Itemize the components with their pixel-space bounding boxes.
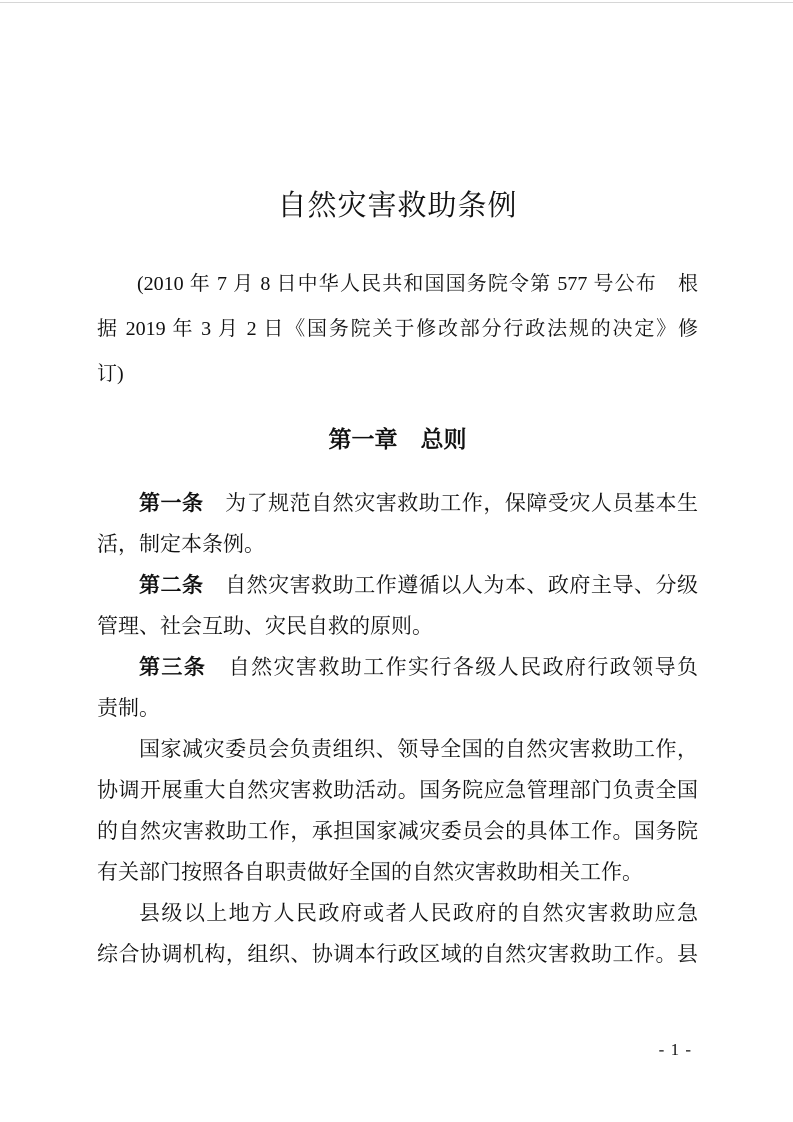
text-line: 有关部门按照各自职责做好全国的自然灾害救助相关工作。 (97, 852, 698, 893)
paragraph: 第二条 自然灾害救助工作遵循以人为本、政府主导、分级管理、社会互助、灾民自救的原… (97, 565, 698, 647)
paragraph: 第三条 自然灾害救助工作实行各级人民政府行政领导负责制。 (97, 647, 698, 729)
text-line: 责制。 (97, 688, 698, 729)
paragraph: 县级以上地方人民政府或者人民政府的自然灾害救助应急综合协调机构，组织、协调本行政… (97, 893, 698, 975)
article-number: 第三条 (139, 656, 206, 679)
text-line: 县级以上地方人民政府或者人民政府的自然灾害救助应急 (97, 893, 698, 934)
paragraph: 国家减灾委员会负责组织、领导全国的自然灾害救助工作，协调开展重大自然灾害救助活动… (97, 729, 698, 893)
paragraph: 第一条 为了规范自然灾害救助工作，保障受灾人员基本生活，制定本条例。 (97, 483, 698, 565)
text-line: 第一条 为了规范自然灾害救助工作，保障受灾人员基本生 (97, 483, 698, 524)
pub-note-line: (2010 年 7 月 8 日中华人民共和国国务院令第 577 号公布 根 (97, 262, 698, 307)
document-body: 第一条 为了规范自然灾害救助工作，保障受灾人员基本生活，制定本条例。第二条 自然… (97, 483, 698, 975)
text-line: 的自然灾害救助工作，承担国家减灾委员会的具体工作。国务院 (97, 811, 698, 852)
document-page: 自然灾害救助条例 (2010 年 7 月 8 日中华人民共和国国务院令第 577… (0, 0, 793, 1122)
article-number: 第一条 (139, 492, 204, 515)
scan-artifact-line (0, 2, 793, 3)
page-number: - 1 - (659, 1040, 692, 1060)
text-line: 管理、社会互助、灾民自救的原则。 (97, 606, 698, 647)
text-line: 综合协调机构，组织、协调本行政区域的自然灾害救助工作。县 (97, 934, 698, 975)
document-title: 自然灾害救助条例 (97, 183, 698, 224)
pub-note-line: 订) (97, 352, 698, 397)
chapter-heading: 第一章 总则 (97, 421, 698, 454)
article-number: 第二条 (139, 574, 204, 597)
text-line: 第三条 自然灾害救助工作实行各级人民政府行政领导负 (97, 647, 698, 688)
text-line: 活，制定本条例。 (97, 524, 698, 565)
publication-note: (2010 年 7 月 8 日中华人民共和国国务院令第 577 号公布 根据 2… (97, 262, 698, 397)
text-line: 协调开展重大自然灾害救助活动。国务院应急管理部门负责全国 (97, 770, 698, 811)
text-line: 国家减灾委员会负责组织、领导全国的自然灾害救助工作， (97, 729, 698, 770)
text-line: 第二条 自然灾害救助工作遵循以人为本、政府主导、分级 (97, 565, 698, 606)
pub-note-line: 据 2019 年 3 月 2 日《国务院关于修改部分行政法规的决定》修 (97, 307, 698, 352)
